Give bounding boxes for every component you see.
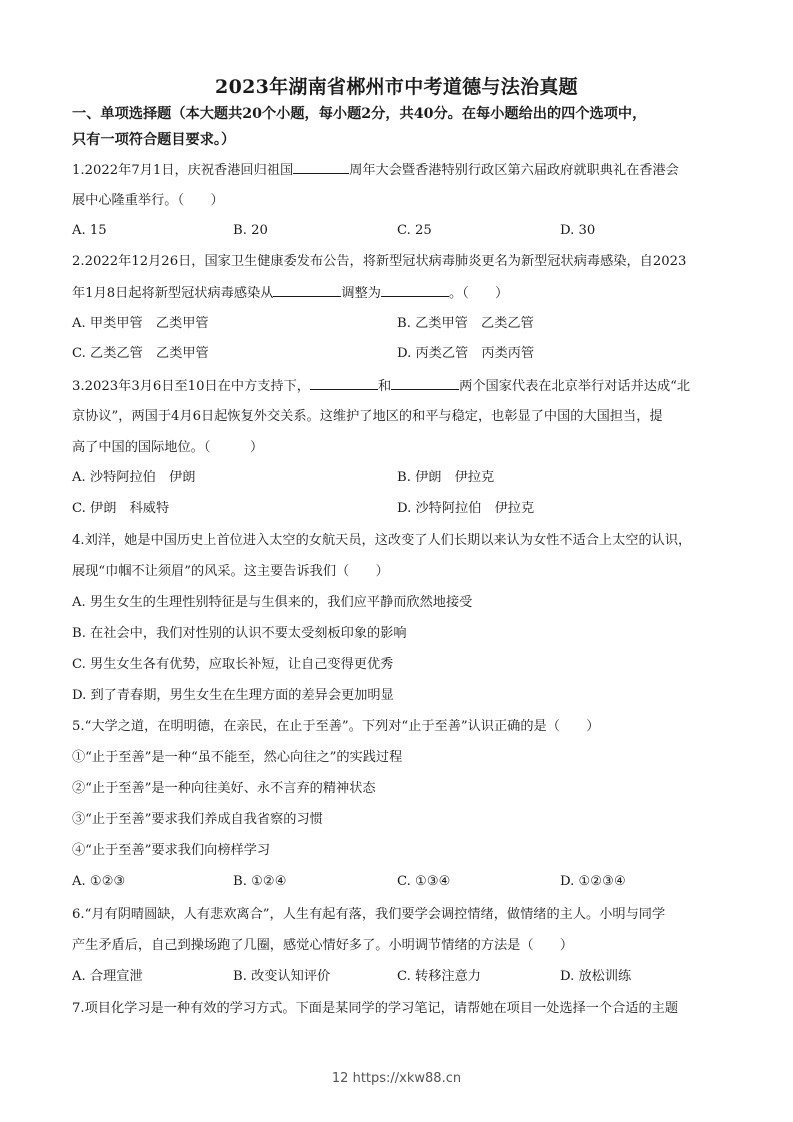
answer-blank [273, 284, 341, 297]
option-c: C. 转移注意力 [397, 968, 481, 986]
question-number: 5. [72, 719, 85, 734]
option-a: A. 合理宣泄 [72, 968, 143, 986]
page-footer: 12 https://xkw88.cn [0, 1071, 793, 1086]
question-text: “月有阴晴圆缺，人有悲欢离合”，人生有起有落，我们要学会调控情绪，做情绪的主人。… [85, 907, 666, 922]
question-text: 项目化学习是一种有效的学习方式。下面是某同学的学习笔记，请帮她在项目一处选择一个… [85, 1001, 678, 1016]
question-4: 4.刘洋，她是中国历史上首位进入太空的女航天员，这改变了人们长期以来认为女性不适… [72, 532, 728, 550]
option-c: C. ①③④ [397, 873, 450, 891]
question-text: “大学之道，在明明德，在亲民，在止于至善”。下列对“止于至善”认识正确的是（ ） [85, 719, 600, 734]
question-text: 刘洋，她是中国历史上首位进入太空的女航天员，这改变了人们长期以来认为女性不适合上… [85, 533, 692, 548]
question-number: 4. [72, 533, 85, 548]
question-2: 2.2022年12月26日，国家卫生健康委发布公告，将新型冠状病毒肺炎更名为新型… [72, 253, 728, 271]
statement-2: ②“止于至善”是一种向往美好、永不言弃的精神状态 [72, 780, 376, 798]
question-5: 5.“大学之道，在明明德，在亲民，在止于至善”。下列对“止于至善”认识正确的是（… [72, 718, 728, 736]
answer-blank [310, 377, 378, 390]
option-a: A. ①②③ [72, 873, 125, 891]
question-3-cont2: 高了中国的国际地位。（ ） [72, 439, 728, 457]
question-3-cont: 京协议”，两国于4月6日起恢复外交关系。这维护了地区的和平与稳定，也彰显了中国的… [72, 408, 728, 426]
option-d: D. 沙特阿拉伯 伊拉克 [397, 500, 534, 518]
option-c: C. 男生女生各有优势，应取长补短，让自己变得更优秀 [72, 656, 393, 674]
section-heading-cont: 只有一项符合题目要求。） [72, 131, 728, 149]
option-c: C. 25 [397, 222, 432, 240]
option-c: C. 伊朗 科威特 [72, 500, 169, 518]
option-b: B. 伊朗 伊拉克 [397, 469, 494, 487]
question-6: 6.“月有阴晴圆缺，人有悲欢离合”，人生有起有落，我们要学会调控情绪，做情绪的主… [72, 906, 728, 924]
option-b: B. 乙类甲管 乙类乙管 [397, 315, 534, 333]
question-number: 1. [72, 163, 85, 178]
section-heading: 一、单项选择题（本大题共20个小题，每小题2分，共40分。在每小题给出的四个选项… [72, 105, 728, 123]
question-text: 2022年7月1日，庆祝香港回归祖国 [85, 163, 294, 178]
question-text: 调整为 [341, 286, 381, 301]
answer-blank [293, 161, 349, 174]
option-b: B. ①②④ [233, 873, 287, 891]
option-a: A. 15 [72, 222, 107, 240]
question-number: 6. [72, 907, 85, 922]
question-7: 7.项目化学习是一种有效的学习方式。下面是某同学的学习笔记，请帮她在项目一处选择… [72, 1000, 728, 1018]
question-text: 周年大会暨香港特别行政区第六届政府就职典礼在香港会 [349, 163, 679, 178]
question-number: 3. [72, 379, 85, 394]
statement-4: ④“止于至善”要求我们向榜样学习 [72, 842, 270, 860]
option-d: D. 放松训练 [560, 968, 631, 986]
question-text: 。（ ） [449, 286, 508, 301]
question-3: 3.2023年3月6日至10日在中方支持下，和两个国家代表在北京举行对话并达成“… [72, 377, 728, 396]
option-b: B. 改变认知评价 [233, 968, 330, 986]
option-a: A. 沙特阿拉伯 伊朗 [72, 469, 195, 487]
answer-blank [381, 284, 449, 297]
question-text: 2022年12月26日，国家卫生健康委发布公告，将新型冠状病毒肺炎更名为新型冠状… [85, 254, 687, 269]
question-6-cont: 产生矛盾后，自己到操场跑了几圈，感觉心情好多了。小明调节情绪的方法是（ ） [72, 937, 728, 955]
option-d: D. ①②③④ [560, 873, 626, 891]
option-a: A. 男生女生的生理性别特征是与生俱来的，我们应平静而欣然地接受 [72, 594, 472, 612]
answer-blank [391, 377, 459, 390]
option-b: B. 20 [233, 222, 268, 240]
page-title: 2023年湖南省郴州市中考道德与法治真题 [0, 72, 793, 99]
question-number: 2. [72, 254, 85, 269]
question-text: 两个国家代表在北京举行对话并达成“北 [459, 379, 690, 394]
option-a: A. 甲类甲管 乙类甲管 [72, 315, 209, 333]
exam-page: 2023年湖南省郴州市中考道德与法治真题 一、单项选择题（本大题共20个小题，每… [0, 0, 793, 1122]
option-d: D. 30 [560, 222, 595, 240]
statement-3: ③“止于至善”要求我们养成自我省察的习惯 [72, 811, 323, 829]
question-4-cont: 展现“巾帼不让须眉”的风采。这主要告诉我们（ ） [72, 563, 728, 581]
option-d: D. 丙类乙管 丙类丙管 [397, 345, 534, 363]
option-d: D. 到了青春期，男生女生在生理方面的差异会更加明显 [72, 687, 394, 705]
question-text: 2023年3月6日至10日在中方支持下， [85, 379, 310, 394]
option-c: C. 乙类乙管 乙类甲管 [72, 345, 209, 363]
option-b: B. 在社会中，我们对性别的认识不要太受刻板印象的影响 [72, 625, 407, 643]
question-text: 和 [378, 379, 391, 394]
question-number: 7. [72, 1001, 85, 1016]
question-2-cont: 年1月8日起将新型冠状病毒感染从调整为。（ ） [72, 284, 728, 303]
question-text: 年1月8日起将新型冠状病毒感染从 [72, 286, 273, 301]
question-1-cont: 展中心隆重举行。（ ） [72, 192, 728, 210]
question-1: 1.2022年7月1日，庆祝香港回归祖国周年大会暨香港特别行政区第六届政府就职典… [72, 161, 728, 180]
statement-1: ①“止于至善”是一种“虽不能至，然心向往之”的实践过程 [72, 749, 402, 767]
